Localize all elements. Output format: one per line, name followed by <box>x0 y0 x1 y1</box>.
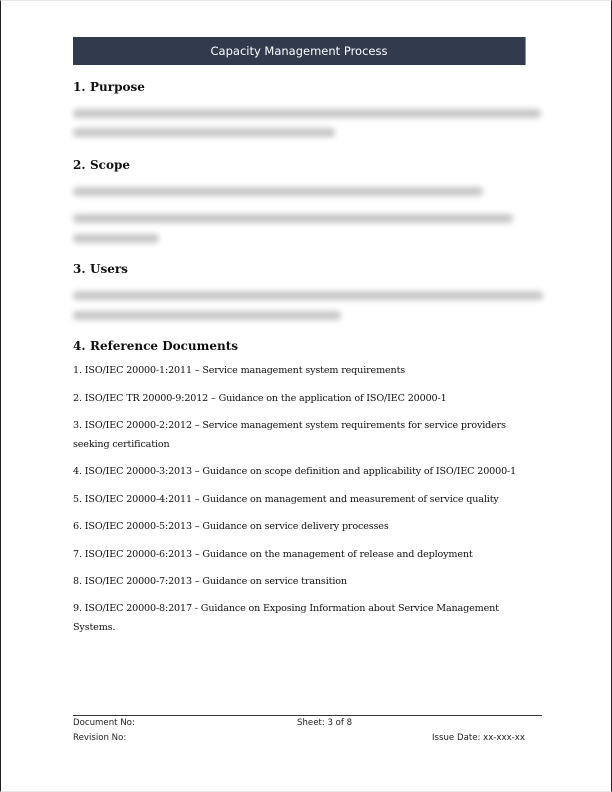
blurred-text-line <box>73 109 541 118</box>
reference-item: 6. ISO/IEC 20000-5:2013 – Guidance on se… <box>73 517 543 536</box>
reference-item: 3. ISO/IEC 20000-2:2012 – Service manage… <box>73 416 543 454</box>
footer-issue-date: Issue Date: xx-xxx-xx <box>432 733 525 743</box>
blurred-text-line <box>73 291 543 300</box>
document-title: Capacity Management Process <box>211 44 388 58</box>
reference-item: 4. ISO/IEC 20000-3:2013 – Guidance on sc… <box>73 462 543 481</box>
footer-sheet: Sheet: 3 of 8 <box>297 718 352 728</box>
blurred-text-line <box>73 187 483 196</box>
blurred-text-line <box>73 214 513 223</box>
section-heading-scope: 2.Scope <box>73 158 130 172</box>
blurred-text-line <box>73 234 159 243</box>
section-heading-reference-documents: 4.Reference Documents <box>73 339 238 353</box>
blurred-text-line <box>73 128 335 137</box>
section-heading-users: 3.Users <box>73 262 128 276</box>
footer-document-no: Document No: <box>73 718 135 728</box>
section-heading-purpose: 1.Purpose <box>73 80 145 94</box>
footer-divider <box>73 715 542 716</box>
document-page: Capacity Management Process 1.Purpose 2.… <box>0 0 612 792</box>
reference-item: 2. ISO/IEC TR 20000-9:2012 – Guidance on… <box>73 389 543 408</box>
reference-item: 9. ISO/IEC 20000-8:2017 - Guidance on Ex… <box>73 599 543 637</box>
footer-revision-no: Revision No: <box>73 733 126 743</box>
reference-item: 5. ISO/IEC 20000-4:2011 – Guidance on ma… <box>73 490 543 509</box>
blurred-text-line <box>73 311 341 320</box>
document-title-bar: Capacity Management Process <box>73 37 526 65</box>
reference-item: 8. ISO/IEC 20000-7:2013 – Guidance on se… <box>73 572 543 591</box>
reference-item: 7. ISO/IEC 20000-6:2013 – Guidance on th… <box>73 545 543 564</box>
reference-item: 1. ISO/IEC 20000-1:2011 – Service manage… <box>73 361 543 380</box>
